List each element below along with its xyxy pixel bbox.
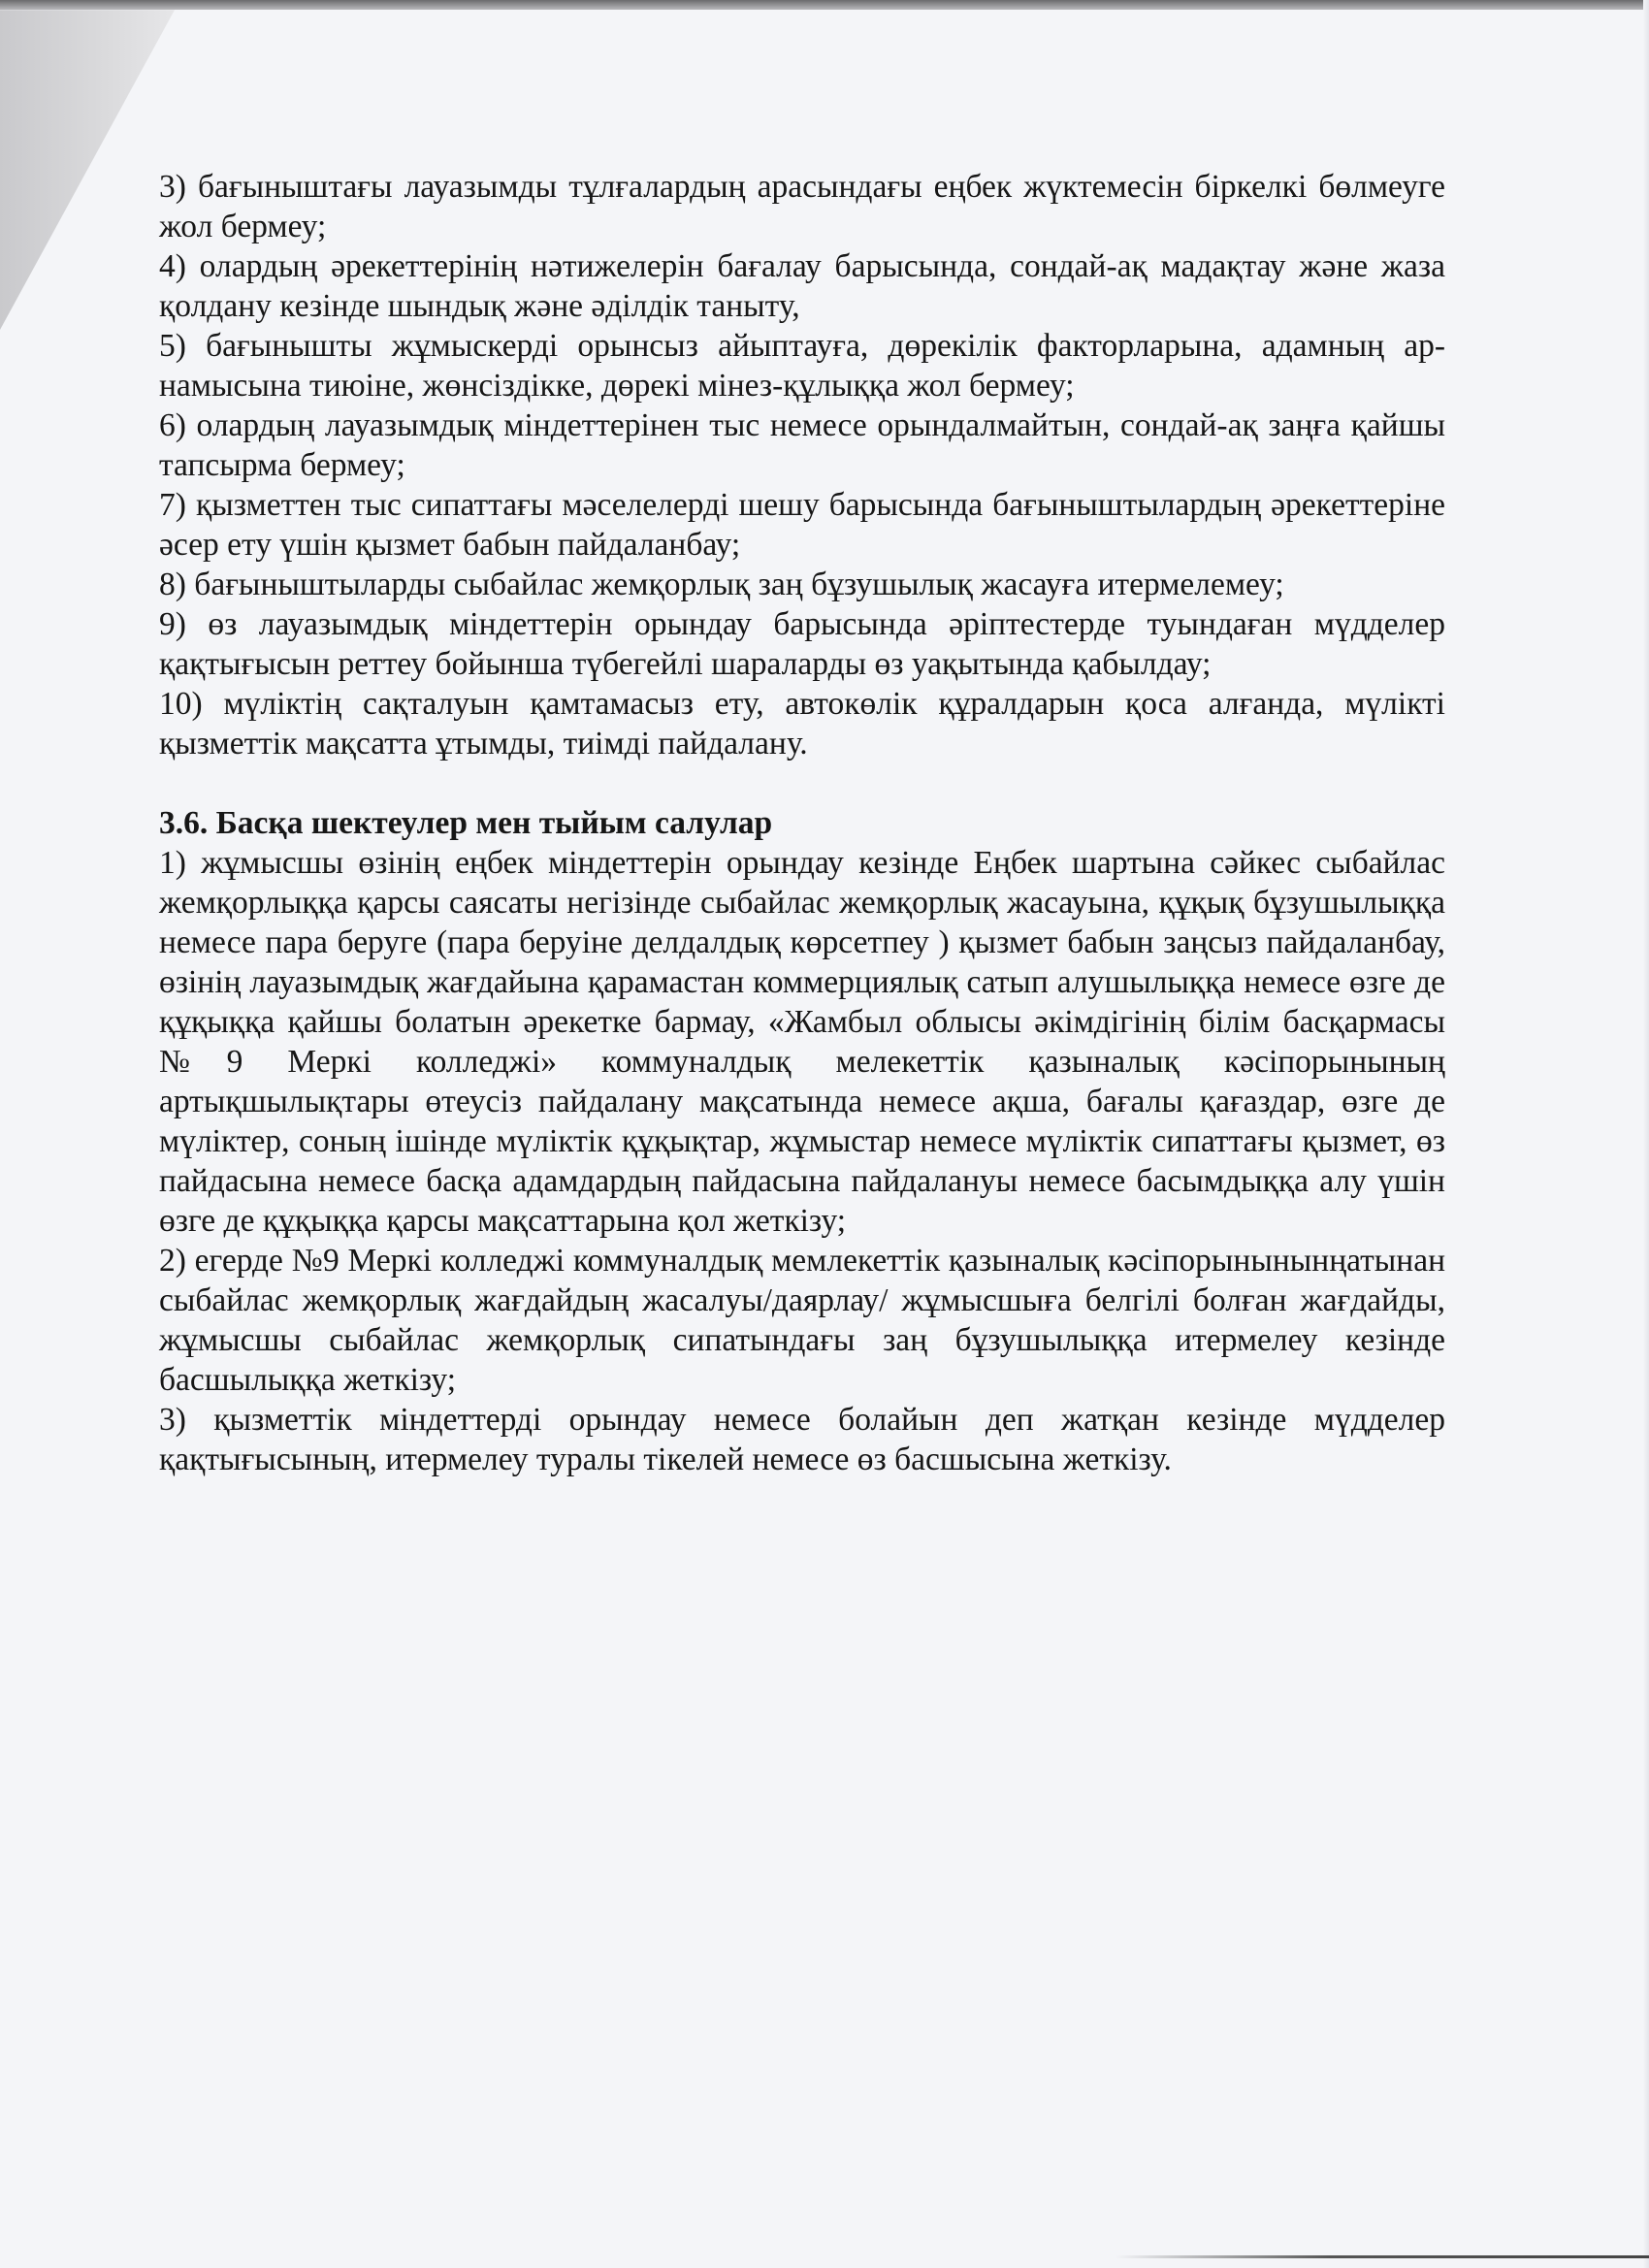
page-edge <box>1643 0 1649 2268</box>
list-item: 3) қызметтік міндеттерді орындау немесе … <box>159 1400 1445 1479</box>
document-body: 3) бағыныштағы лауазымды тұлғалардың ара… <box>159 167 1445 1479</box>
list-item: 10) мүліктің сақталуын қамтамасыз ету, а… <box>159 684 1445 763</box>
paragraph-gap <box>159 763 1445 803</box>
scanned-page: 3) бағыныштағы лауазымды тұлғалардың ара… <box>0 0 1649 2268</box>
folded-corner <box>0 0 175 330</box>
list-item: 9) өз лауазымдық міндеттерін орындау бар… <box>159 604 1445 684</box>
list-item: 8) бағыныштыларды сыбайлас жемқорлық заң… <box>159 565 1445 604</box>
list-item: 1) жұмысшы өзінің еңбек міндеттерін орын… <box>159 843 1445 1241</box>
list-item: 3) бағыныштағы лауазымды тұлғалардың ара… <box>159 167 1445 246</box>
list-item: 5) бағынышты жұмыскерді орынсыз айыптауғ… <box>159 326 1445 405</box>
list-item: 7) қызметтен тыс сипаттағы мәселелерді ш… <box>159 485 1445 565</box>
scanner-edge <box>0 0 1649 10</box>
list-item: 2) егерде №9 Меркі колледжі коммуналдық … <box>159 1241 1445 1400</box>
list-item: 6) олардың лауазымдық міндеттерінен тыс … <box>159 405 1445 485</box>
list-item: 4) олардың әрекеттерінің нәтижелерін бағ… <box>159 246 1445 326</box>
section-heading: 3.6. Басқа шектеулер мен тыйым салулар <box>159 803 1445 843</box>
page-bottom-edge <box>1115 2255 1649 2258</box>
